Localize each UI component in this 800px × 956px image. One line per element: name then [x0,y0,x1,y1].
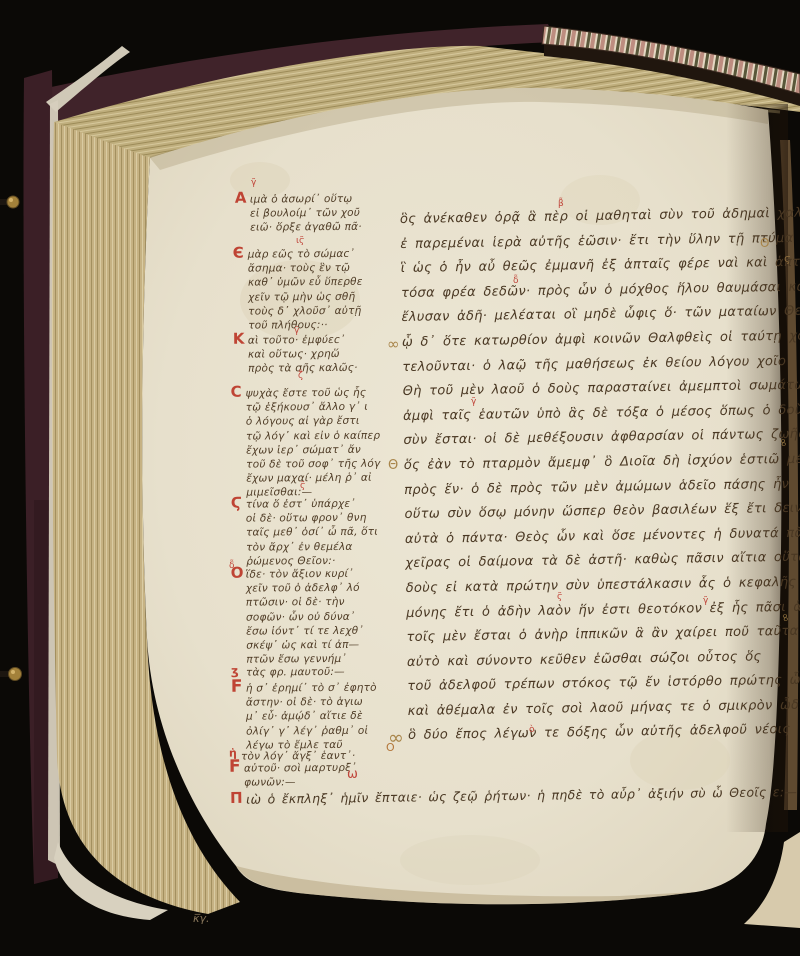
text-line: οἱ δὲ· οὕτω φρον᾽ θνη [246,511,418,526]
rubric-initial: Ϝ [231,679,243,696]
text-line: ἄστην· οἱ δὲ· τὸ ἁγιω [246,695,418,710]
gold-margin-mark: ϛ [784,253,790,264]
block-lines: τίνα ὅ ἐστ᾽ ὑπάρχε᾽οἱ δὲ· οὕτω φρον᾽ θνη… [246,496,418,568]
rubric-mark: ζ̃ [298,372,303,381]
text-line: εἰ βουλοίμ᾽ τῶν χοῦ [250,206,422,221]
block-lines: μὰρ εῶς τὸ σώμαϲ᾽ἄσημα· τοὺς ἓν τῷκαθ᾽ ὑ… [248,246,421,332]
text-line: πτῶσιν· οἱ δὲ· τὴν [246,595,418,610]
rubric-initial: Ϲ [231,385,242,400]
text-line: χεῖν τοῦ ὁ ἀδελφ᾽ λό [246,581,418,596]
main-text-block: ὃς ἀνέκαθεν ὁρᾷ ἃ πὲρ οἱ μαθηταὶ σὺν τοῦ… [400,202,786,749]
rubric-mark: ϛ̃ [557,593,562,602]
text-line: μὰρ εῶς τὸ σώμαϲ᾽ [248,246,420,261]
text-line: ἵδε· τὸν ἄξιον κυρί᾽ [246,566,418,581]
quire-signature: κ̅γ. [193,912,210,925]
text-line: ειῶ· ὅρξε ἀγαθῶ πᾶ· [250,220,422,235]
block-lines: ψυχὰς ἔστε τοῦ ὡς ἧςτῷ ἑξήκουσ᾽ ἄλλο γ᾽ … [246,385,419,500]
text-line: καθ᾽ ὑμῶν εὖ ὕπερθε [248,275,420,290]
block-lines: ιμὰ ὁ ἀσωρί᾽ οὕτῳεἰ βουλοίμ᾽ τῶν χοῦειῶ·… [250,191,422,235]
rubric-mark: ὸ [529,726,535,735]
text-line: τῷ ἑξήκουσ᾽ ἄλλο γ᾽ ι [246,400,418,415]
rubric-mark: γ̃ [294,327,299,336]
rubric-initial: Π [230,791,243,806]
text-line: ἔσω ἰόντ᾽ τί τε λεχθ᾽ [246,623,418,638]
block-lines: τὰς φρ. μαυτοῦ:— [246,664,418,679]
rubric-mark: β̃ [558,200,564,209]
text-block-stigma: Ϝ αὐτοῦ· σοὶ μαρτυρξ᾽φωνῶν:— [244,760,416,790]
text-line: τὰς φρ. μαυτοῦ:— [246,664,418,679]
rubric-mark: δ̃ [513,277,519,286]
rubric-initial: Є [233,246,244,261]
rubric-mark: γ̃ [471,398,476,407]
text-line: τῷ λόγ᾽ καὶ εἰν ὁ καίπερ [246,428,418,443]
rubric-mark: ιϛ̃ [296,237,304,246]
text-line: φωνῶν:— [244,775,416,790]
rubric-initial: Κ [233,332,245,347]
rubric-mark: δ̃ [229,562,235,571]
gold-margin-mark: Ο [386,742,395,753]
text-line: μ᾽ εὖ· ἀμῴδ᾽ αἴτιε δὲ [246,709,418,724]
text-line: ταῖς μεθ᾽ ὁσί᾽ ὦ πᾶ, ὅτι [246,525,418,540]
text-line: χεῖν τῷ μὴν ὡς σθῆ [248,289,420,304]
gold-paragraph-ornament: Θ [388,459,398,472]
text-block-sigma: Ϲ ψυχὰς ἔστε τοῦ ὡς ἧςτῷ ἑξήκουσ᾽ ἄλλο γ… [246,385,419,500]
text-line: ἔχων ἱερ᾽ σώματ᾽ ἄν [246,442,418,457]
text-line: αὐτοῦ· σοὶ μαρτυρξ᾽ [244,760,416,775]
rubric-ornament: ω [347,768,358,781]
rubric-initial: Α [235,191,247,206]
text-line: ὁ λόγους αἰ γὰρ ἔστι [246,414,418,429]
text-line: ἄσημα· τοὺς ἓν τῷ [248,261,420,276]
text-block-alpha: Α ιμὰ ὁ ἀσωρί᾽ οὕτῳεἰ βουλοίμ᾽ τῶν χοῦει… [250,191,422,235]
rubric-initial: Ϛ [231,496,242,511]
block-lines: ἵδε· τὸν ἄξιον κυρί᾽χεῖν τοῦ ὁ ἀδελφ᾽ λό… [246,566,419,667]
text-block-gamma: Ϛ τίνα ὅ ἐστ᾽ ὑπάρχε᾽οἱ δὲ· οὕτω φρον᾽ θ… [246,496,418,568]
text-block-epsilon: Є μὰρ εῶς τὸ σώμαϲ᾽ἄσημα· τοὺς ἓν τῷκαθ᾽… [248,246,421,332]
block-lines: αὐτοῦ· σοὶ μαρτυρξ᾽φωνῶν:— [244,760,416,790]
rubric-initial: Ϝ [229,759,241,776]
text-line: τὸν ἄρχ᾽ ἐν θεμέλα [246,539,418,554]
text-block-zeta: ʒ τὰς φρ. μαυτοῦ:— [246,664,418,679]
rubric-mark: γ̃ [251,179,256,188]
gold-margin-mark: Θ [760,237,769,249]
rubric-mark: ϛ̃ [300,482,305,491]
text-block-omicron: Ο ἵδε· τὸν ἄξιον κυρί᾽χεῖν τοῦ ὁ ἀδελφ᾽ … [246,566,419,667]
text-line: τίνα ὅ ἐστ᾽ ὑπάρχε᾽ [246,496,418,511]
text-line: ιμὰ ὁ ἀσωρί᾽ οὕτῳ [250,191,422,206]
rubric-initial: ʒ [231,665,239,677]
text-line: σοφῶν· ὧν οὐ δύνα᾽ [246,609,418,624]
text-line: ἡ σ᾽ ἐρημί᾽ τὸ σ᾽ ἐφητὸ [246,680,418,695]
manuscript-photo: Α ιμὰ ὁ ἀσωρί᾽ οὕτῳεἰ βουλοίμ᾽ τῶν χοῦει… [0,0,800,956]
text-line: πρὸς τὰ σῆς καλῶς· [248,361,420,376]
gold-paragraph-ornament: ∞ [387,337,400,352]
text-line: τοῦ πλήθους:·· [248,317,420,332]
text-line: ψυχὰς ἔστε τοῦ ὡς ἧς [246,385,418,400]
main-text-lines: ὃς ἀνέκαθεν ὁρᾷ ἃ πὲρ οἱ μαθηταὶ σὺν τοῦ… [400,202,786,749]
rubric-mark: γ̃ [703,597,708,606]
text-line: τοὺς δ᾽ χλοῦσ᾽ αὐτῇ [248,303,420,318]
text-line: σκέψ᾽ ὡς καὶ τί ἀπ— [246,637,418,652]
